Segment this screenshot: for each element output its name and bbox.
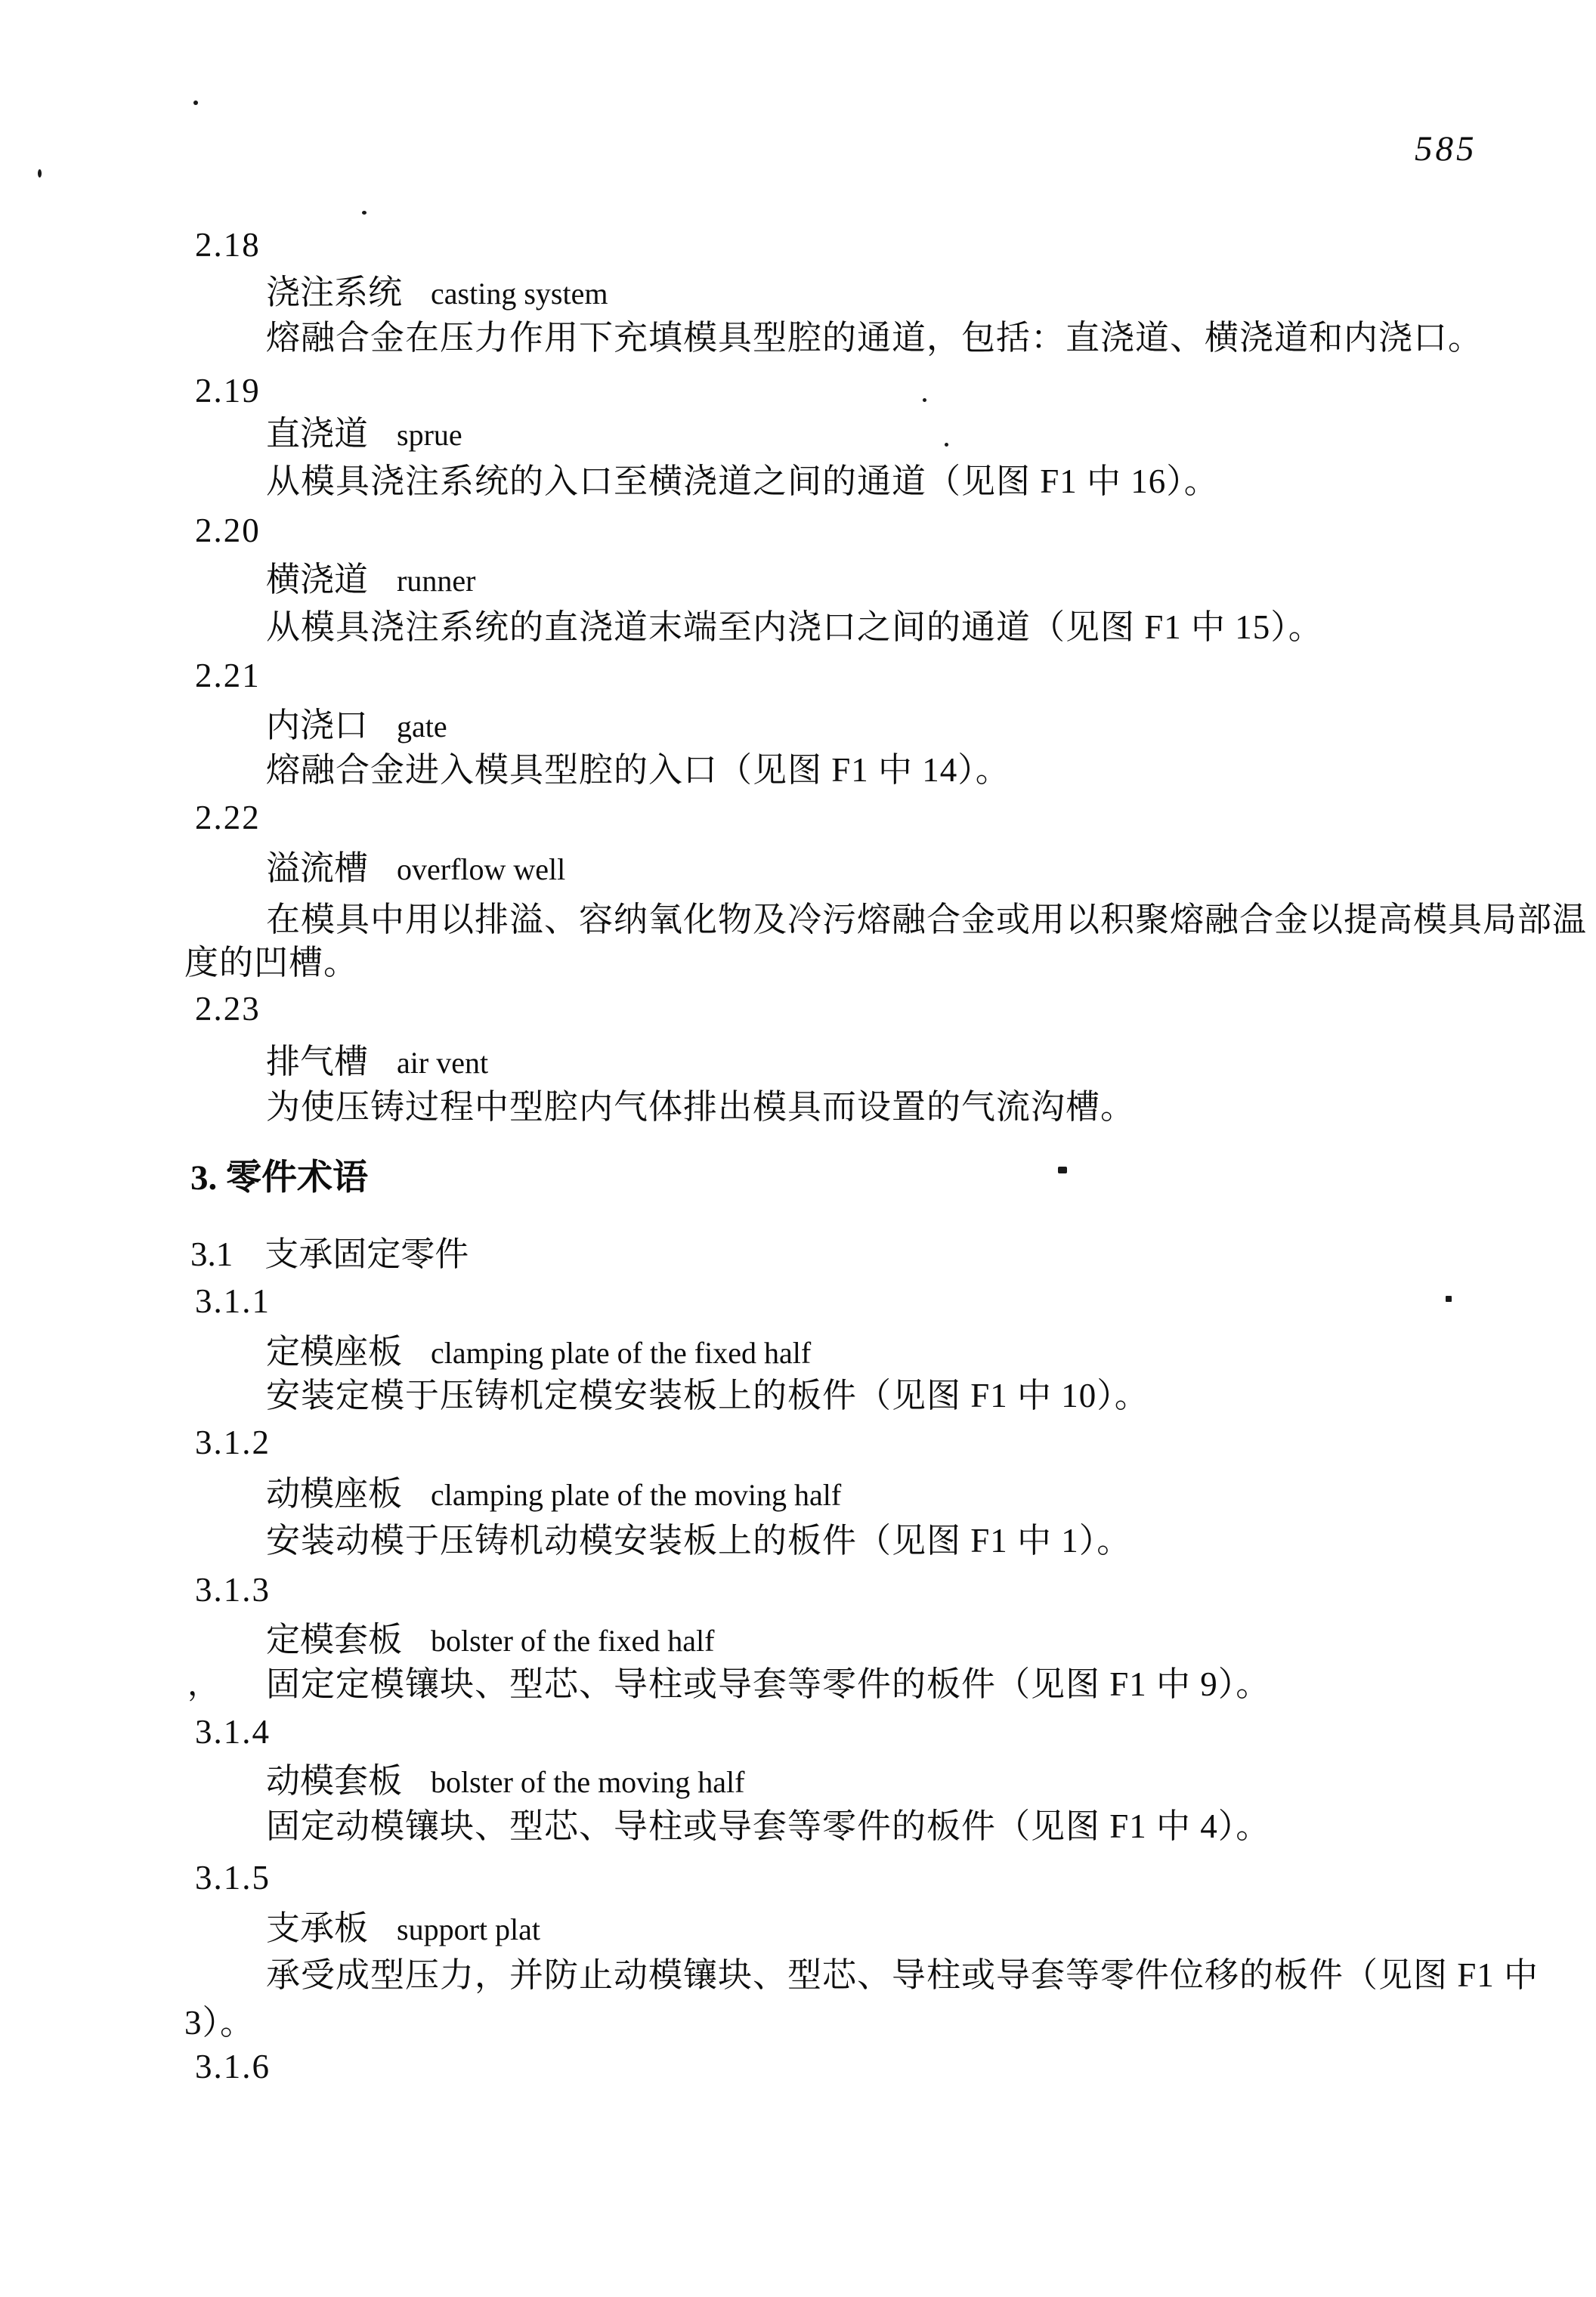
scan-speck xyxy=(362,211,367,215)
term-en: sprue xyxy=(397,418,462,452)
term-en: clamping plate of the fixed half xyxy=(431,1336,811,1370)
page-number: 585 xyxy=(1415,128,1477,169)
scan-speck xyxy=(945,443,948,447)
term-zh: 内浇口 xyxy=(266,706,368,744)
term-line: 排气槽air vent xyxy=(266,1043,488,1082)
scan-speck xyxy=(923,398,926,402)
section-label: 支承固定零件 xyxy=(264,1235,469,1273)
term-line: 动模座板clamping plate of the moving half xyxy=(266,1475,841,1514)
section-heading: 3.1支承固定零件 xyxy=(190,1235,469,1273)
term-en: clamping plate of the moving half xyxy=(431,1478,841,1512)
term-zh: 排气槽 xyxy=(266,1043,368,1080)
clause-number: 2.19 xyxy=(195,372,261,410)
clause-number: 2.20 xyxy=(195,512,261,549)
definition-continued-line: 3）。 xyxy=(184,2004,255,2042)
term-zh: 横浇道 xyxy=(266,561,368,598)
scan-speck xyxy=(38,169,42,178)
clause-number: 2.18 xyxy=(195,226,261,264)
stray-comma-mark: ， xyxy=(187,1659,219,1705)
clause-number: 2.23 xyxy=(195,990,261,1028)
term-line: 浇注系统casting system xyxy=(266,274,608,313)
term-zh: 浇注系统 xyxy=(266,274,402,311)
clause-number: 3.1.5 xyxy=(195,1859,271,1897)
term-zh: 动模座板 xyxy=(266,1475,402,1513)
term-line: 支承板support plat xyxy=(266,1909,540,1949)
scan-speck xyxy=(1446,1296,1452,1302)
definition-line: 熔融合金在压力作用下充填模具型腔的通道，包括：直浇道、横浇道和内浇口。 xyxy=(266,319,1483,357)
term-en: bolster of the fixed half xyxy=(431,1624,714,1658)
section-number: 3.1 xyxy=(190,1235,233,1273)
clause-number: 3.1.3 xyxy=(195,1571,271,1609)
definition-line: 安装动模于压铸机动模安装板上的板件（见图 F1 中 1）。 xyxy=(266,1522,1131,1560)
term-zh: 定模套板 xyxy=(266,1621,402,1659)
scan-speck xyxy=(193,100,198,105)
term-zh: 动模套板 xyxy=(266,1762,402,1800)
term-en: support plat xyxy=(397,1912,540,1946)
scanned-document-page: 585 2.18 浇注系统casting system 熔融合金在压力作用下充填… xyxy=(0,0,1596,2297)
term-line: 定模座板clamping plate of the fixed half xyxy=(266,1333,811,1372)
definition-line: 在模具中用以排溢、容纳氧化物及冷污熔融合金或用以积聚熔融合金以提高模具局部温 xyxy=(266,901,1587,938)
term-zh: 定模座板 xyxy=(266,1333,402,1371)
clause-number: 2.22 xyxy=(195,799,261,836)
term-en: bolster of the moving half xyxy=(431,1765,744,1799)
term-line: 内浇口gate xyxy=(266,706,447,746)
term-en: gate xyxy=(397,710,447,744)
definition-continued-line: 度的凹槽。 xyxy=(184,944,358,982)
definition-line: 固定定模镶块、型芯、导柱或导套等零件的板件（见图 F1 中 9）。 xyxy=(266,1665,1270,1703)
term-zh: 直浇道 xyxy=(266,415,368,453)
term-zh: 支承板 xyxy=(266,1909,368,1947)
definition-line: 安装定模于压铸机定模安装板上的板件（见图 F1 中 10）。 xyxy=(266,1377,1149,1414)
term-en: casting system xyxy=(431,277,608,311)
definition-line: 熔融合金进入模具型腔的入口（见图 F1 中 14）。 xyxy=(266,751,1010,789)
term-line: 动模套板bolster of the moving half xyxy=(266,1762,744,1801)
clause-number: 3.1.2 xyxy=(195,1424,271,1461)
definition-line: 从模具浇注系统的直浇道末端至内浇口之间的通道（见图 F1 中 15）。 xyxy=(266,608,1323,646)
term-zh: 溢流槽 xyxy=(266,849,368,887)
definition-line: 为使压铸过程中型腔内气体排出模具而设置的气流沟槽。 xyxy=(266,1088,1135,1126)
term-line: 定模套板bolster of the fixed half xyxy=(266,1621,714,1660)
scan-speck xyxy=(1058,1167,1067,1173)
term-line: 直浇道sprue xyxy=(266,415,462,454)
term-en: runner xyxy=(397,564,475,598)
chapter-heading: 3. 零件术语 xyxy=(190,1159,368,1197)
term-en: overflow well xyxy=(397,852,565,886)
clause-number: 3.1.6 xyxy=(195,2048,271,2085)
term-line: 溢流槽overflow well xyxy=(266,849,565,889)
clause-number: 3.1.1 xyxy=(195,1282,271,1320)
definition-line: 承受成型压力，并防止动模镶块、型芯、导柱或导套等零件位移的板件（见图 F1 中 xyxy=(266,1956,1539,1994)
term-en: air vent xyxy=(397,1046,488,1080)
definition-line: 从模具浇注系统的入口至横浇道之间的通道（见图 F1 中 16）。 xyxy=(266,462,1219,500)
definition-line: 固定动模镶块、型芯、导柱或导套等零件的板件（见图 F1 中 4）。 xyxy=(266,1807,1270,1845)
clause-number: 3.1.4 xyxy=(195,1713,271,1751)
term-line: 横浇道runner xyxy=(266,561,475,600)
clause-number: 2.21 xyxy=(195,657,261,694)
